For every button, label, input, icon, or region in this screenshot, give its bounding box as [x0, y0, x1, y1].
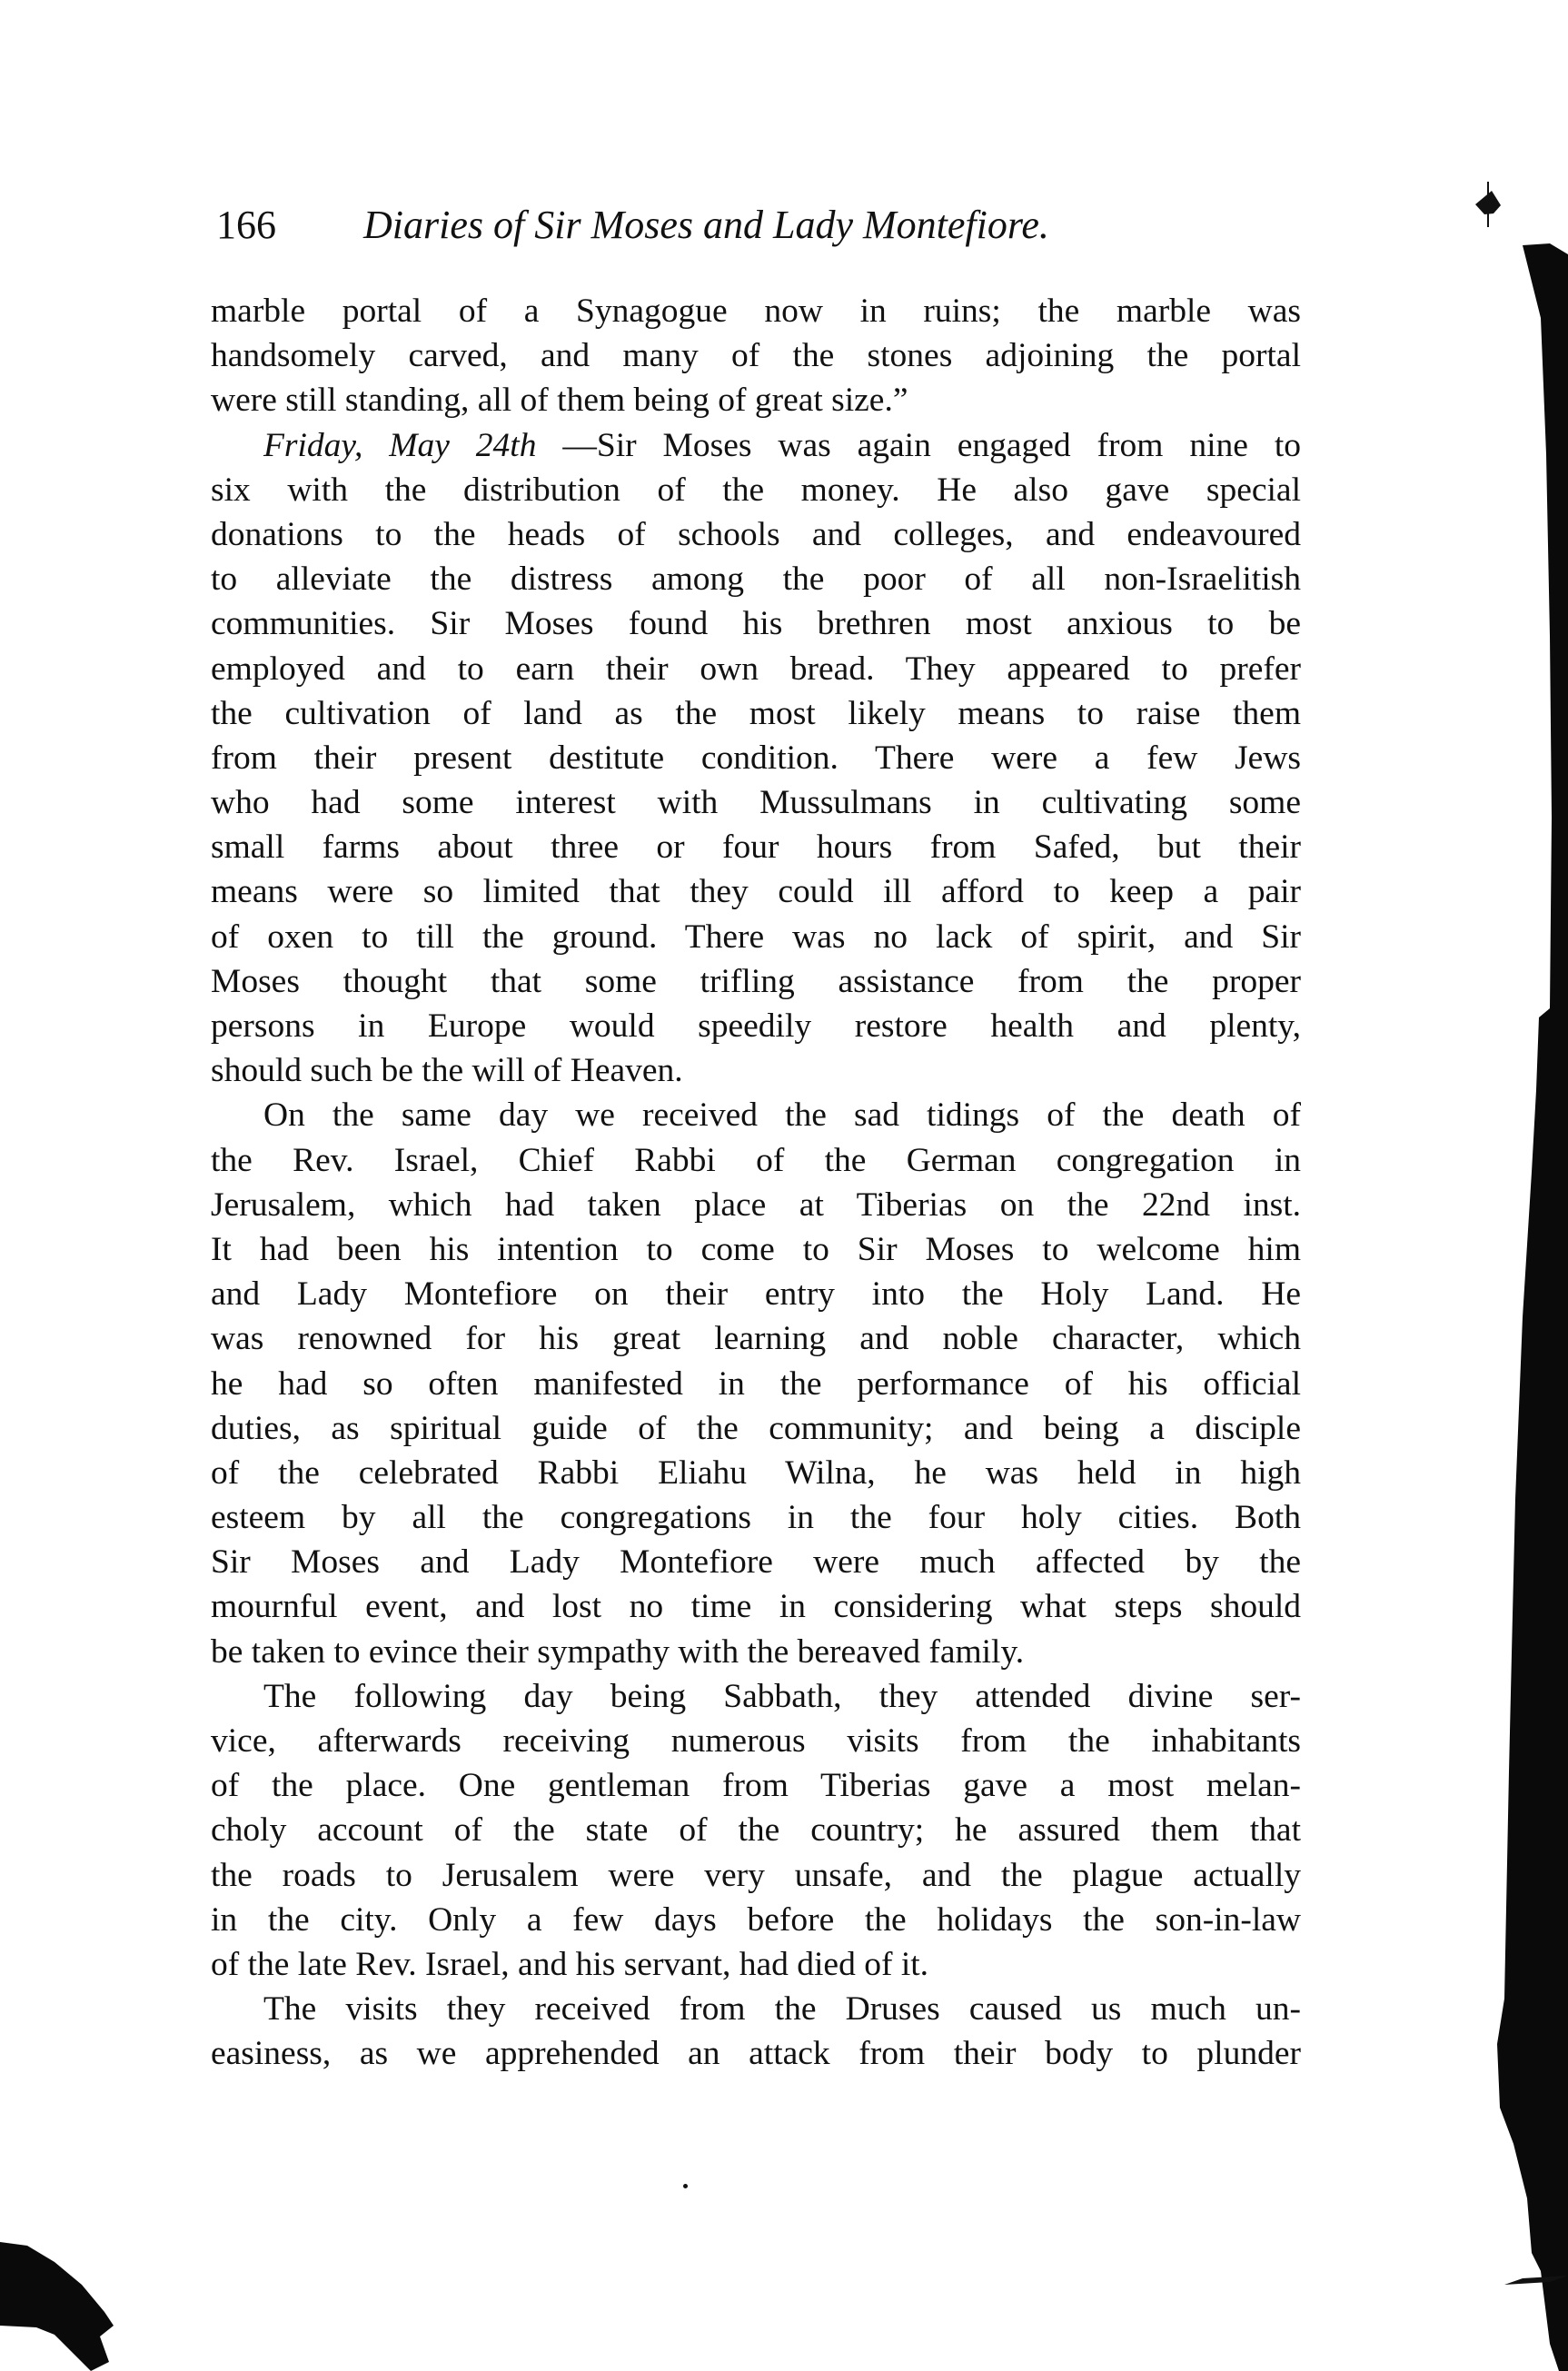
line-text: six with the distribution of the money. …: [211, 471, 1301, 509]
text-line: were still standing, all of them being o…: [211, 378, 1301, 422]
running-head: 166Diaries of Sir Moses and Lady Montefi…: [216, 198, 1306, 253]
line-text: Sir Moses and Lady Montefiore were much …: [211, 1543, 1301, 1581]
text-line: to alleviate the distress among the poor…: [211, 557, 1301, 601]
line-text: marble portal of a Synagogue now in ruin…: [211, 293, 1301, 330]
line-text: choly account of the state of the countr…: [211, 1811, 1301, 1849]
line-text: means were so limited that they could il…: [211, 873, 1301, 910]
line-text: the cultivation of land as the most like…: [211, 695, 1301, 732]
text-line: Moses thought that some trifling assista…: [211, 959, 1301, 1004]
line-text: in the city. Only a few days before the …: [211, 1901, 1301, 1939]
line-text: esteem by all the congregations in the f…: [211, 1499, 1301, 1536]
text-line: of oxen to till the ground. There was no…: [211, 915, 1301, 959]
page-number: 166: [216, 198, 363, 253]
scan-edge-shadow: [1414, 0, 1568, 2371]
text-line: should such be the will of Heaven.: [211, 1048, 1301, 1093]
line-text: he had so often manifested in the perfor…: [211, 1365, 1301, 1403]
line-text: were still standing, all of them being o…: [211, 382, 908, 419]
line-text: The visits they received from the Druses…: [263, 1990, 1301, 2028]
text-line: easiness, as we apprehended an attack fr…: [211, 2031, 1301, 2076]
line-text: easiness, as we apprehended an attack fr…: [211, 2035, 1301, 2072]
text-line: donations to the heads of schools and co…: [211, 512, 1301, 557]
text-line: employed and to earn their own bread. Th…: [211, 647, 1301, 691]
line-text: Moses thought that some trifling assista…: [211, 963, 1301, 1000]
line-text: should such be the will of Heaven.: [211, 1052, 683, 1089]
text-line: six with the distribution of the money. …: [211, 468, 1301, 512]
text-line: who had some interest with Mussulmans in…: [211, 780, 1301, 825]
text-line: the roads to Jerusalem were very unsafe,…: [211, 1853, 1301, 1898]
text-line: duties, as spiritual guide of the commun…: [211, 1406, 1301, 1451]
line-text: of the celebrated Rabbi Eliahu Wilna, he…: [211, 1454, 1301, 1492]
text-line: was renowned for his great learning and …: [211, 1316, 1301, 1361]
scan-corner-shadow: [0, 2235, 127, 2371]
line-text: persons in Europe would speedily restore…: [211, 1007, 1301, 1045]
text-line: It had been his intention to come to Sir…: [211, 1227, 1301, 1272]
line-text: The following day being Sabbath, they at…: [263, 1678, 1301, 1715]
line-text: employed and to earn their own bread. Th…: [211, 650, 1301, 688]
text-line: The following day being Sabbath, they at…: [211, 1674, 1301, 1719]
text-line: the cultivation of land as the most like…: [211, 691, 1301, 736]
text-line: mournful event, and lost no time in cons…: [211, 1584, 1301, 1629]
text-line: of the place. One gentleman from Tiberia…: [211, 1763, 1301, 1808]
line-text: to alleviate the distress among the poor…: [211, 561, 1301, 598]
line-text: of oxen to till the ground. There was no…: [211, 918, 1301, 956]
line-text: donations to the heads of schools and co…: [211, 516, 1301, 553]
text-line: choly account of the state of the countr…: [211, 1808, 1301, 1852]
text-line: persons in Europe would speedily restore…: [211, 1004, 1301, 1048]
text-line: small farms about three or four hours fr…: [211, 825, 1301, 869]
line-text: of the late Rev. Israel, and his servant…: [211, 1946, 928, 1983]
line-text: be taken to evince their sympathy with t…: [211, 1633, 1024, 1671]
stray-mark: [683, 2184, 688, 2188]
line-text: small farms about three or four hours fr…: [211, 828, 1301, 866]
text-line: The visits they received from the Druses…: [211, 1987, 1301, 2031]
text-line: esteem by all the congregations in the f…: [211, 1495, 1301, 1540]
text-line: communities. Sir Moses found his brethre…: [211, 601, 1301, 646]
text-line: of the celebrated Rabbi Eliahu Wilna, he…: [211, 1451, 1301, 1495]
line-text: vice, afterwards receiving numerous visi…: [211, 1722, 1301, 1760]
text-line: in the city. Only a few days before the …: [211, 1898, 1301, 1942]
text-line: be taken to evince their sympathy with t…: [211, 1630, 1301, 1674]
text-line: marble portal of a Synagogue now in ruin…: [211, 289, 1301, 333]
text-line: Friday, May 24th —Sir Moses was again en…: [211, 423, 1301, 468]
line-text: from their present destitute condition. …: [211, 739, 1301, 777]
text-line: vice, afterwards receiving numerous visi…: [211, 1719, 1301, 1763]
text-line: Jerusalem, which had taken place at Tibe…: [211, 1183, 1301, 1227]
line-text: handsomely carved, and many of the stone…: [211, 337, 1301, 374]
line-text: who had some interest with Mussulmans in…: [211, 784, 1301, 821]
line-text: the Rev. Israel, Chief Rabbi of the Germ…: [211, 1142, 1301, 1179]
text-line: handsomely carved, and many of the stone…: [211, 333, 1301, 378]
line-text: —Sir Moses was again engaged from nine t…: [536, 427, 1301, 464]
line-text: mournful event, and lost no time in cons…: [211, 1588, 1301, 1625]
running-title: Diaries of Sir Moses and Lady Montefiore…: [363, 203, 1049, 247]
text-line: of the late Rev. Israel, and his servant…: [211, 1942, 1301, 1987]
text-line: means were so limited that they could il…: [211, 869, 1301, 914]
text-line: Sir Moses and Lady Montefiore were much …: [211, 1540, 1301, 1584]
line-text: the roads to Jerusalem were very unsafe,…: [211, 1857, 1301, 1894]
line-text: Jerusalem, which had taken place at Tibe…: [211, 1186, 1301, 1224]
date-heading: Friday, May 24th: [263, 427, 536, 464]
text-line: the Rev. Israel, Chief Rabbi of the Germ…: [211, 1138, 1301, 1183]
line-text: communities. Sir Moses found his brethre…: [211, 605, 1301, 642]
line-text: duties, as spiritual guide of the commun…: [211, 1410, 1301, 1447]
line-text: of the place. One gentleman from Tiberia…: [211, 1767, 1301, 1804]
body-text: marble portal of a Synagogue now in ruin…: [211, 289, 1301, 2077]
line-text: On the same day we received the sad tidi…: [263, 1096, 1301, 1134]
text-line: from their present destitute condition. …: [211, 736, 1301, 780]
text-line: and Lady Montefiore on their entry into …: [211, 1272, 1301, 1316]
line-text: It had been his intention to come to Sir…: [211, 1231, 1301, 1268]
line-text: and Lady Montefiore on their entry into …: [211, 1275, 1301, 1313]
line-text: was renowned for his great learning and …: [211, 1320, 1301, 1357]
text-line: On the same day we received the sad tidi…: [211, 1093, 1301, 1137]
text-line: he had so often manifested in the perfor…: [211, 1362, 1301, 1406]
